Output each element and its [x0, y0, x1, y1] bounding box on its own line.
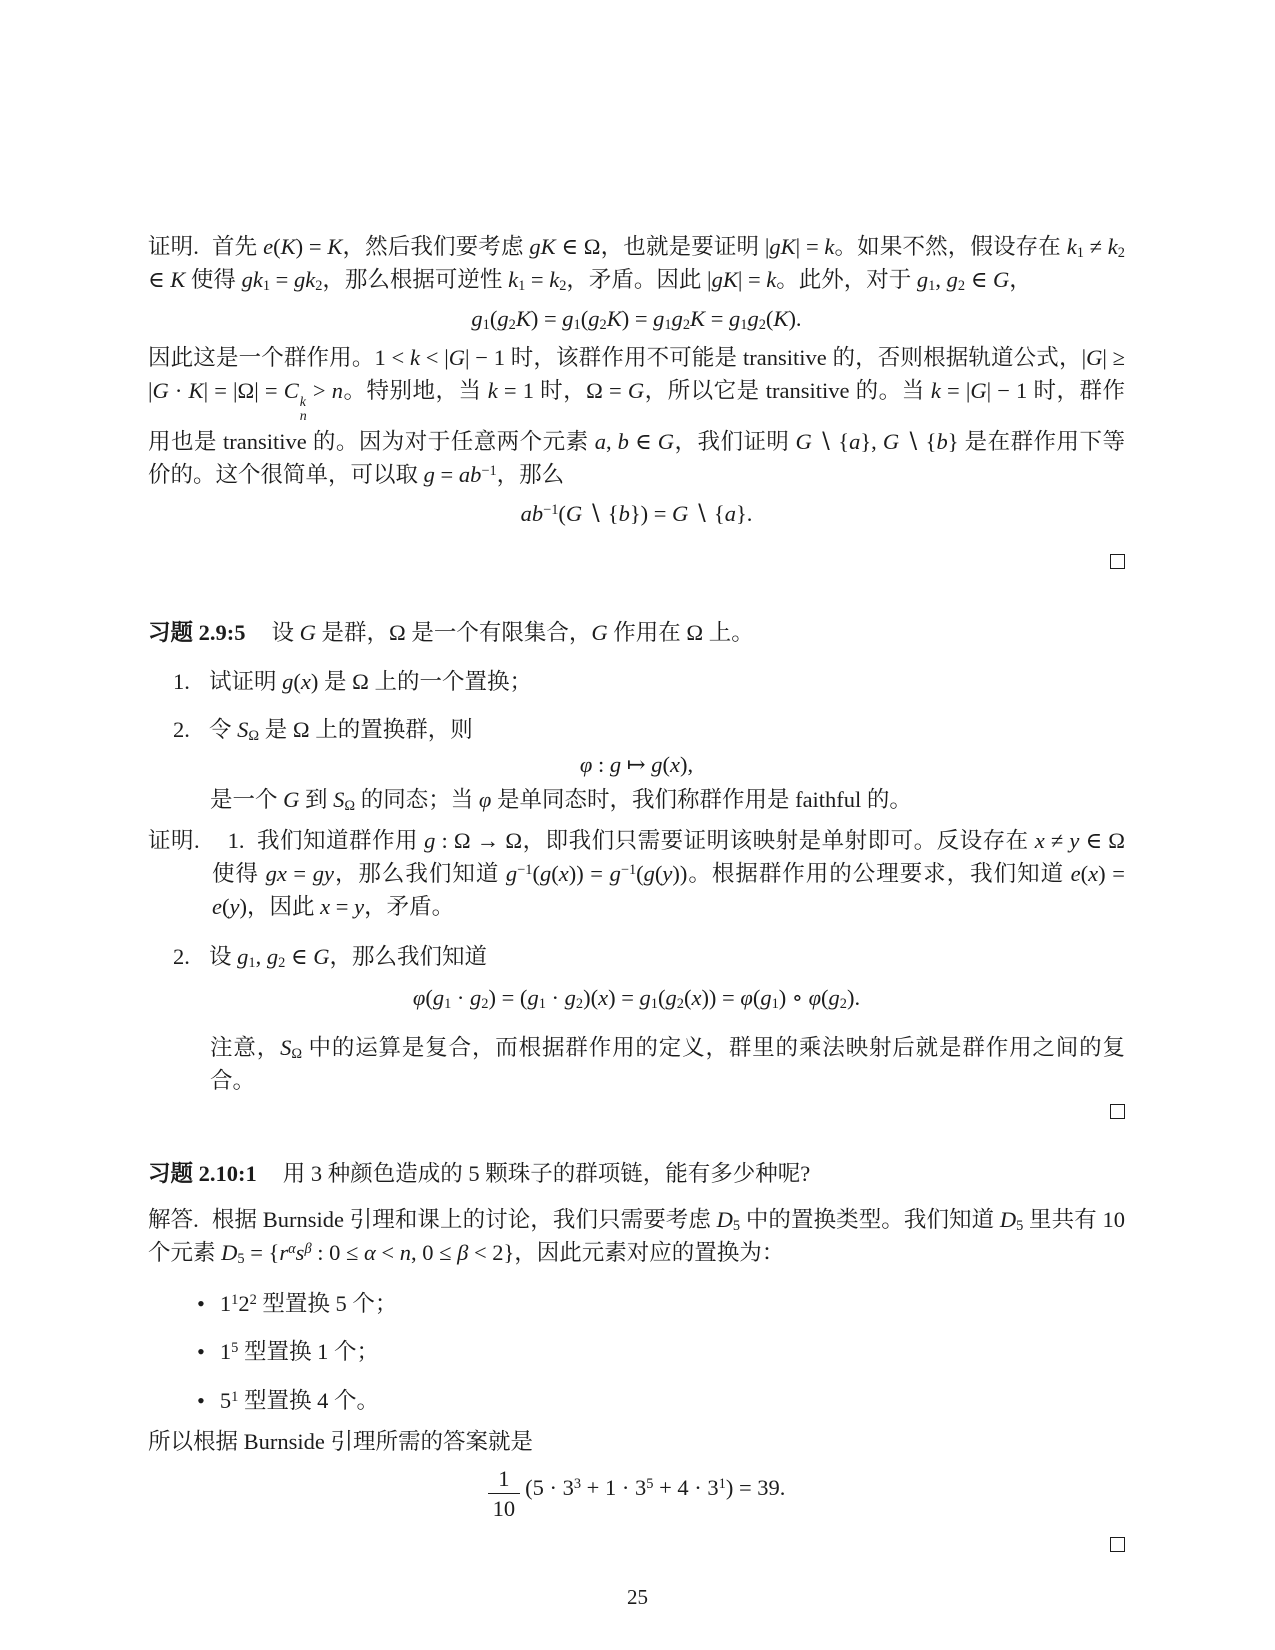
exercise-number: 习题 2.10:1	[148, 1161, 257, 1186]
proof-paragraph-2: 证明.1.我们知道群作用 g : Ω → Ω，即我们只需要证明该映射是单射即可。…	[148, 824, 1125, 923]
qed-symbol	[1110, 554, 1125, 569]
list-item-number: 2.	[173, 940, 197, 973]
bullet-item: 1122 型置换 5 个；	[197, 1287, 1125, 1320]
display-equation-setminus: ab−1(G ∖ {b}) = G ∖ {a}.	[148, 497, 1125, 530]
proof-paragraph-1: 证明.首先 e(K) = K，然后我们要考虑 gK ∈ Ω，也就是要证明 |gK…	[148, 230, 1125, 296]
solution-label: 解答.	[148, 1207, 199, 1232]
paragraph-note: 注意，SΩ 中的运算是复合，而根据群作用的定义，群里的乘法映射后就是群作用之间的…	[210, 1031, 1125, 1097]
list-item-number: 1.	[173, 665, 197, 698]
display-equation-phi: φ : g ↦ g(x),	[148, 748, 1125, 781]
qed-symbol	[1110, 1104, 1125, 1119]
proof-label: 证明.	[148, 234, 199, 259]
display-equation-burnside: 110(5 · 33 + 1 · 35 + 4 · 31) = 39.	[148, 1464, 1125, 1523]
paragraph-transitive: 因此这是一个群作用。1 < k < |G| − 1 时，该群作用不可能是 tra…	[148, 341, 1125, 491]
exercise-statement: 设 G 是群，Ω 是一个有限集合，G 作用在 Ω 上。	[272, 620, 754, 645]
bullet-text: 51 型置换 4 个。	[220, 1388, 379, 1413]
fraction-numerator: 1	[488, 1464, 521, 1493]
list-item: 2.令 SΩ 是 Ω 上的置换群，则	[173, 713, 1125, 746]
proof-text: 首先 e(K) = K，然后我们要考虑 gK ∈ Ω，也就是要证明 |gK| =…	[148, 234, 1125, 292]
solution-text: 根据 Burnside 引理和课上的讨论，我们只需要考虑 D5 中的置换类型。我…	[148, 1207, 1125, 1265]
content-column: 证明.首先 e(K) = K，然后我们要考虑 gK ∈ Ω，也就是要证明 |gK…	[148, 230, 1125, 1552]
display-equation-group-action: g1(g2K) = g1(g2K) = g1g2K = g1g2(K).	[148, 302, 1125, 335]
document-page: 证明.首先 e(K) = K，然后我们要考虑 gK ∈ Ω，也就是要证明 |gK…	[0, 0, 1275, 1650]
bullet-item: 51 型置换 4 个。	[197, 1384, 1125, 1417]
list-item-number: 1.	[228, 828, 245, 853]
exercise-statement: 用 3 种颜色造成的 5 颗珠子的群项链，能有多少种呢?	[283, 1161, 811, 1186]
list-item-text: 设 g1, g2 ∈ G，那么我们知道	[209, 944, 487, 969]
paragraph-continuation: 是一个 G 到 SΩ 的同态；当 φ 是单同态时，我们称群作用是 faithfu…	[210, 783, 1125, 816]
proof-label: 证明.	[148, 828, 200, 853]
proof-item-text: 我们知道群作用 g : Ω → Ω，即我们只需要证明该映射是单射即可。反设存在 …	[212, 828, 1125, 919]
bullet-text: 15 型置换 1 个；	[220, 1339, 379, 1364]
display-equation-homomorphism: φ(g1 · g2) = (g1 · g2)(x) = g1(g2(x)) = …	[148, 981, 1125, 1014]
paragraph-conclusion: 所以根据 Burnside 引理所需的答案就是	[148, 1425, 1125, 1458]
bullet-item: 15 型置换 1 个；	[197, 1335, 1125, 1368]
qed-symbol	[1110, 1537, 1125, 1552]
exercise-number: 习题 2.9:5	[148, 620, 246, 645]
exercise-heading-295: 习题 2.9:5设 G 是群，Ω 是一个有限集合，G 作用在 Ω 上。	[148, 616, 1125, 649]
bullet-icon	[197, 1291, 205, 1316]
bullet-icon	[197, 1339, 205, 1364]
solution-paragraph: 解答.根据 Burnside 引理和课上的讨论，我们只需要考虑 D5 中的置换类…	[148, 1203, 1125, 1269]
exercise-heading-2101: 习题 2.10:1用 3 种颜色造成的 5 颗珠子的群项链，能有多少种呢?	[148, 1157, 1125, 1190]
list-item: 1.试证明 g(x) 是 Ω 上的一个置换；	[173, 665, 1125, 698]
equation-rest: (5 · 33 + 1 · 35 + 4 · 31) = 39.	[525, 1475, 785, 1500]
fraction: 110	[488, 1464, 521, 1523]
list-item: 2.设 g1, g2 ∈ G，那么我们知道	[173, 940, 1125, 973]
list-item-text: 试证明 g(x) 是 Ω 上的一个置换；	[209, 669, 532, 694]
list-item-text: 令 SΩ 是 Ω 上的置换群，则	[209, 717, 473, 742]
page-number: 25	[0, 1585, 1275, 1610]
bullet-text: 1122 型置换 5 个；	[220, 1291, 398, 1316]
fraction-denominator: 10	[488, 1493, 521, 1523]
list-item-number: 2.	[173, 713, 197, 746]
bullet-icon	[197, 1388, 205, 1413]
